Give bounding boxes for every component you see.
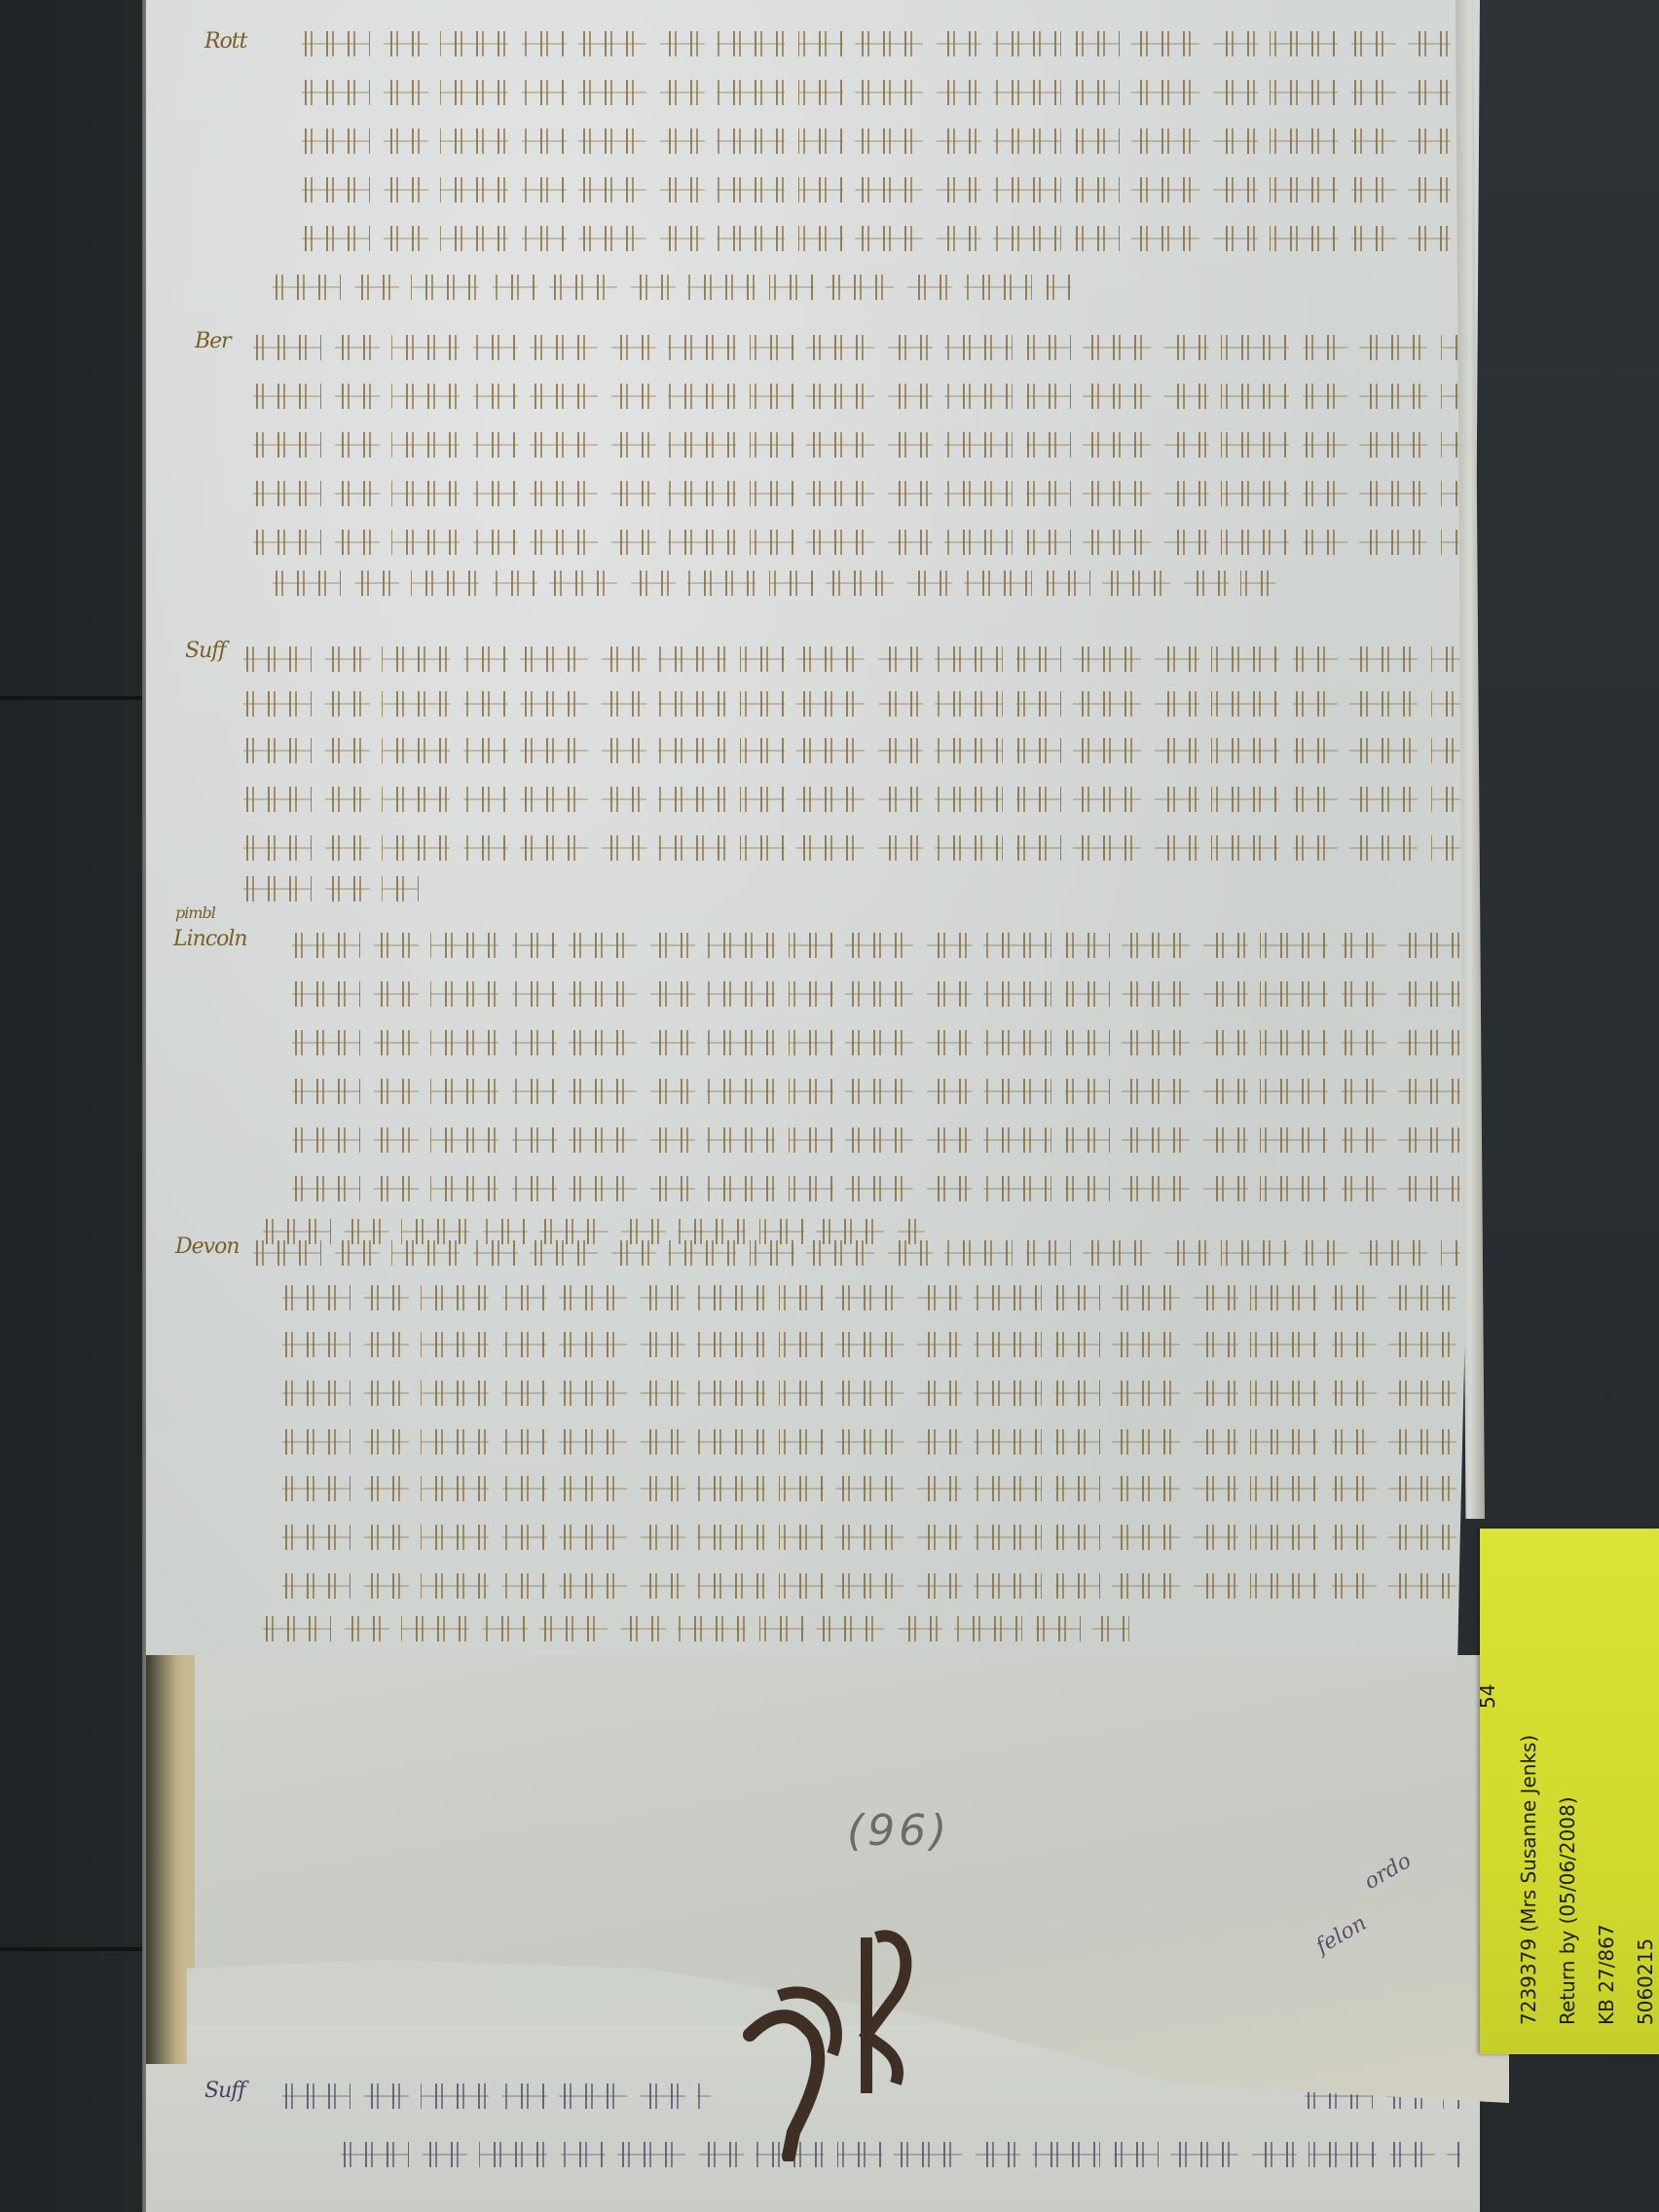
- handwritten-line: [253, 1240, 1460, 1266]
- handwritten-line: [273, 275, 1071, 300]
- handwritten-line: [282, 1573, 1460, 1599]
- handwritten-line: [243, 876, 419, 902]
- margin-note: pimbl: [175, 903, 215, 922]
- handwritten-line: [253, 335, 1460, 360]
- handwritten-line: [263, 1616, 1129, 1641]
- handwritten-line: [282, 1476, 1460, 1501]
- handwritten-line: [292, 933, 1460, 958]
- handwritten-line: [292, 1127, 1460, 1153]
- label-return-date: Return by (05/06/2008): [1548, 1797, 1587, 2026]
- margin-county-name: Lincoln: [173, 927, 247, 951]
- pencil-folio-number: (96): [847, 1806, 950, 1856]
- handwritten-line: [253, 384, 1460, 409]
- handwritten-line: [253, 530, 1460, 555]
- handwritten-line: [273, 571, 1275, 596]
- board-seam: [0, 1947, 146, 1951]
- handwritten-line: [292, 981, 1460, 1007]
- label-reference: KB 27/867: [1587, 1924, 1626, 2025]
- handwritten-line: [243, 787, 1460, 812]
- handwritten-line: [292, 1030, 1460, 1055]
- handwritten-line: [302, 31, 1451, 56]
- board-seam: [0, 696, 146, 700]
- handwritten-line: [302, 226, 1451, 251]
- margin-county-name: Rott: [204, 29, 247, 54]
- handwritten-line: [282, 1332, 1460, 1357]
- handwritten-line: [243, 646, 1460, 672]
- margin-county-name: Suff: [204, 2079, 245, 2103]
- handwritten-line: [282, 1525, 1460, 1550]
- handwritten-line: [302, 177, 1451, 203]
- label-reader-ticket: 7239379 (Mrs Susanne Jenks): [1509, 1735, 1548, 2025]
- handwritten-line: [302, 129, 1451, 154]
- archive-tracking-label: 5060215 KB 27/867 Return by (05/06/2008)…: [1480, 1529, 1659, 2054]
- handwritten-line: [302, 80, 1451, 105]
- large-decorative-initial: [720, 1889, 915, 2161]
- handwritten-line: [243, 691, 1460, 717]
- handwritten-line: [292, 1079, 1460, 1104]
- handwritten-line: [282, 1381, 1460, 1406]
- handwritten-line: [292, 1176, 1460, 1201]
- label-document-id: 5060215: [1626, 1938, 1659, 2025]
- handwritten-line: [282, 1429, 1460, 1455]
- label-edge-fragment: 54: [1468, 1684, 1507, 1709]
- fold-shadow: [146, 1655, 187, 2064]
- handwritten-line: [282, 1285, 1460, 1310]
- handwritten-line: [253, 481, 1460, 506]
- margin-county-name: Ber: [195, 329, 231, 353]
- label-text-block: 5060215 KB 27/867 Return by (05/06/2008)…: [1480, 1529, 1659, 2054]
- margin-county-name: Devon: [175, 1235, 240, 1259]
- handwritten-line: [243, 738, 1460, 763]
- handwritten-line: [243, 835, 1460, 861]
- handwritten-line: [253, 432, 1460, 458]
- margin-county-name: Suff: [185, 639, 226, 663]
- handwritten-line: [282, 2083, 711, 2109]
